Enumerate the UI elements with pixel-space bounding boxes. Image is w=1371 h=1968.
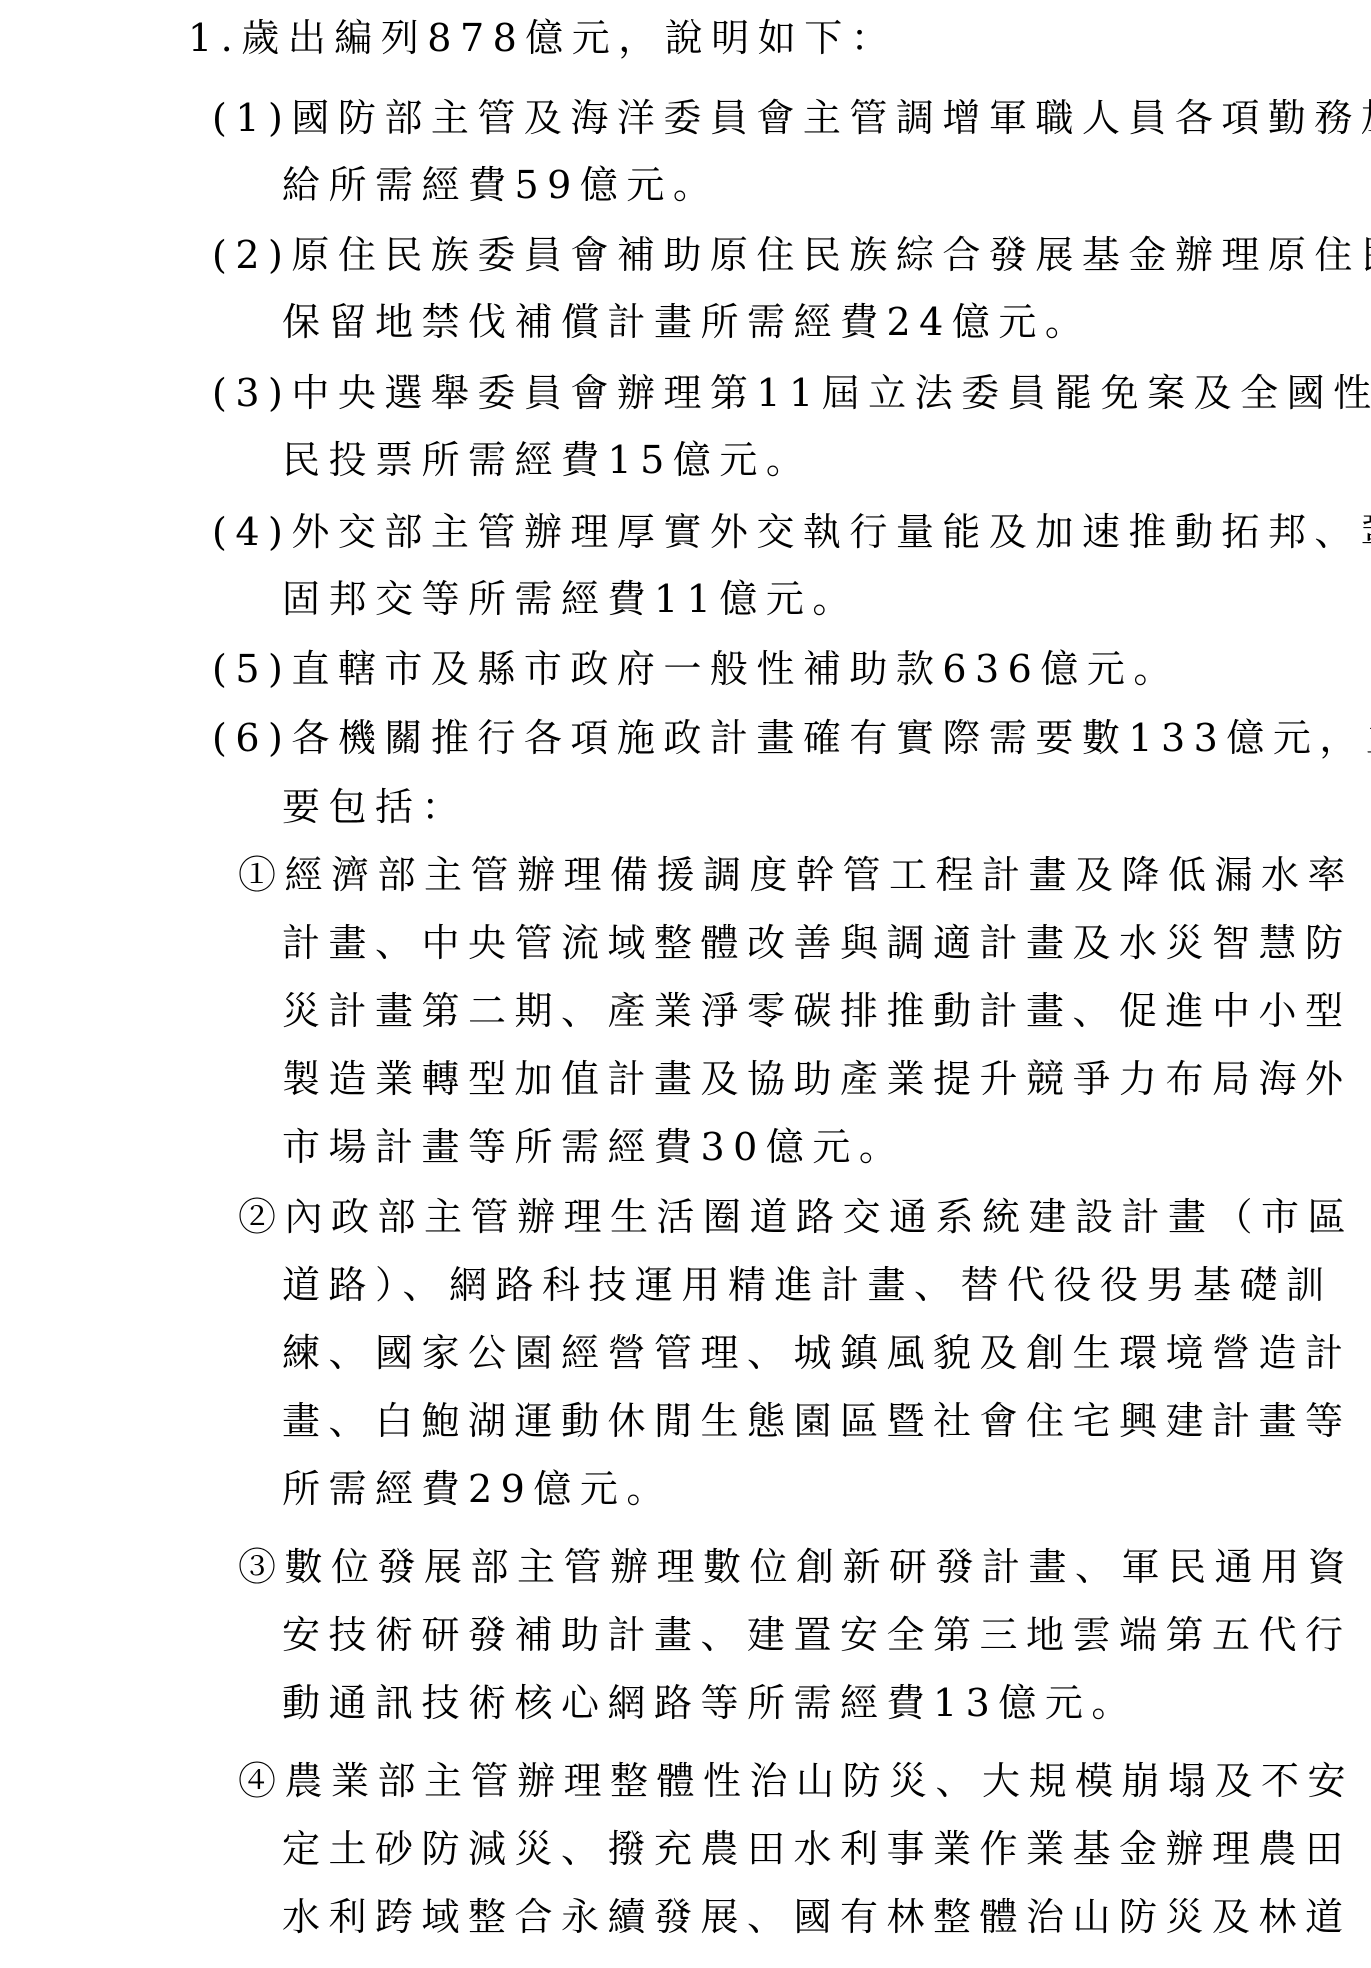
item-text: 原住民族委員會補助原住民族綜合發展基金辦理原住民 [291,233,1371,277]
item-marker: (1) [212,96,291,140]
item-6-line-2: 要包括： [282,782,468,832]
item-marker: (2) [212,233,291,277]
item-3-line-2: 民投票所需經費15億元。 [282,435,812,485]
item-1-line-2: 給所需經費59億元。 [282,160,719,210]
item-2-line-2: 保留地禁伐補償計畫所需經費24億元。 [282,297,1091,347]
subitem-1-line-5: 市場計畫等所需經費30億元。 [282,1122,905,1172]
item-4-line-1: (4)外交部主管辦理厚實外交執行量能及加速推動拓邦、鞏 [212,507,1371,557]
subitem-2-line-1: ②內政部主管辦理生活圈道路交通系統建設計畫（市區 [238,1192,1354,1242]
subitem-2-line-3: 練、國家公園經營管理、城鎮風貌及創生環境營造計 [282,1328,1352,1378]
item-marker: (4) [212,510,291,554]
subitem-text: 內政部主管辦理生活圈道路交通系統建設計畫（市區 [285,1195,1355,1239]
item-marker: (5) [212,647,291,691]
subitem-2-line-4: 畫、白鮑湖運動休閒生態園區暨社會住宅興建計畫等 [282,1396,1352,1446]
item-text: 外交部主管辦理厚實外交執行量能及加速推動拓邦、鞏 [291,510,1371,554]
subitem-3-line-1: ③數位發展部主管辦理數位創新研發計畫、軍民通用資 [238,1542,1354,1592]
item-text: 直轄市及縣市政府一般性補助款636億元。 [291,647,1180,691]
subitem-marker: ② [238,1195,285,1239]
subitem-text: 農業部主管辦理整體性治山防災、大規模崩塌及不安 [285,1759,1355,1803]
subitem-2-line-2: 道路）、網路科技運用精進計畫、替代役役男基礎訓 [282,1260,1333,1310]
subitem-1-line-3: 災計畫第二期、產業淨零碳排推動計畫、促進中小型 [282,986,1352,1036]
subitem-1-line-1: ①經濟部主管辦理備援調度幹管工程計畫及降低漏水率 [238,850,1354,900]
subitem-1-line-4: 製造業轉型加值計畫及協助產業提升競爭力布局海外 [282,1054,1352,1104]
subitem-2-line-5: 所需經費29億元。 [282,1464,673,1514]
item-text: 國防部主管及海洋委員會主管調增軍職人員各項勤務加 [291,96,1371,140]
subitem-3-line-3: 動通訊技術核心網路等所需經費13億元。 [282,1678,1138,1728]
subitem-3-line-2: 安技術研發補助計畫、建置安全第三地雲端第五代行 [282,1610,1352,1660]
heading-text: 歲出編列878億元，說明如下： [241,16,897,60]
item-text: 各機關推行各項施政計畫確有實際需要數133億元，主 [291,716,1371,760]
subitem-4-line-1: ④農業部主管辦理整體性治山防災、大規模崩塌及不安 [238,1756,1354,1806]
heading-marker: 1. [188,16,241,60]
item-marker: (3) [212,371,291,415]
subitem-1-line-2: 計畫、中央管流域整體改善與調適計畫及水災智慧防 [282,918,1352,968]
item-4-line-2: 固邦交等所需經費11億元。 [282,574,859,624]
item-1-line-1: (1)國防部主管及海洋委員會主管調增軍職人員各項勤務加 [212,93,1371,143]
item-marker: (6) [212,716,291,760]
item-3-line-1: (3)中央選舉委員會辦理第11屆立法委員罷免案及全國性公 [212,368,1371,418]
subitem-4-line-2: 定土砂防減災、撥充農田水利事業作業基金辦理農田 [282,1824,1352,1874]
section-heading: 1.歲出編列878億元，說明如下： [188,13,897,63]
item-6-line-1: (6)各機關推行各項施政計畫確有實際需要數133億元，主 [212,713,1371,763]
subitem-marker: ① [238,853,285,897]
subitem-marker: ③ [238,1545,285,1589]
subitem-text: 數位發展部主管辦理數位創新研發計畫、軍民通用資 [285,1545,1355,1589]
item-5-line-1: (5)直轄市及縣市政府一般性補助款636億元。 [212,644,1180,694]
item-2-line-1: (2)原住民族委員會補助原住民族綜合發展基金辦理原住民 [212,230,1371,280]
subitem-marker: ④ [238,1759,285,1803]
item-text: 中央選舉委員會辦理第11屆立法委員罷免案及全國性公 [291,371,1371,415]
subitem-4-line-3: 水利跨域整合永續發展、國有林整體治山防災及林道 [282,1892,1352,1942]
subitem-text: 經濟部主管辦理備援調度幹管工程計畫及降低漏水率 [285,853,1355,897]
